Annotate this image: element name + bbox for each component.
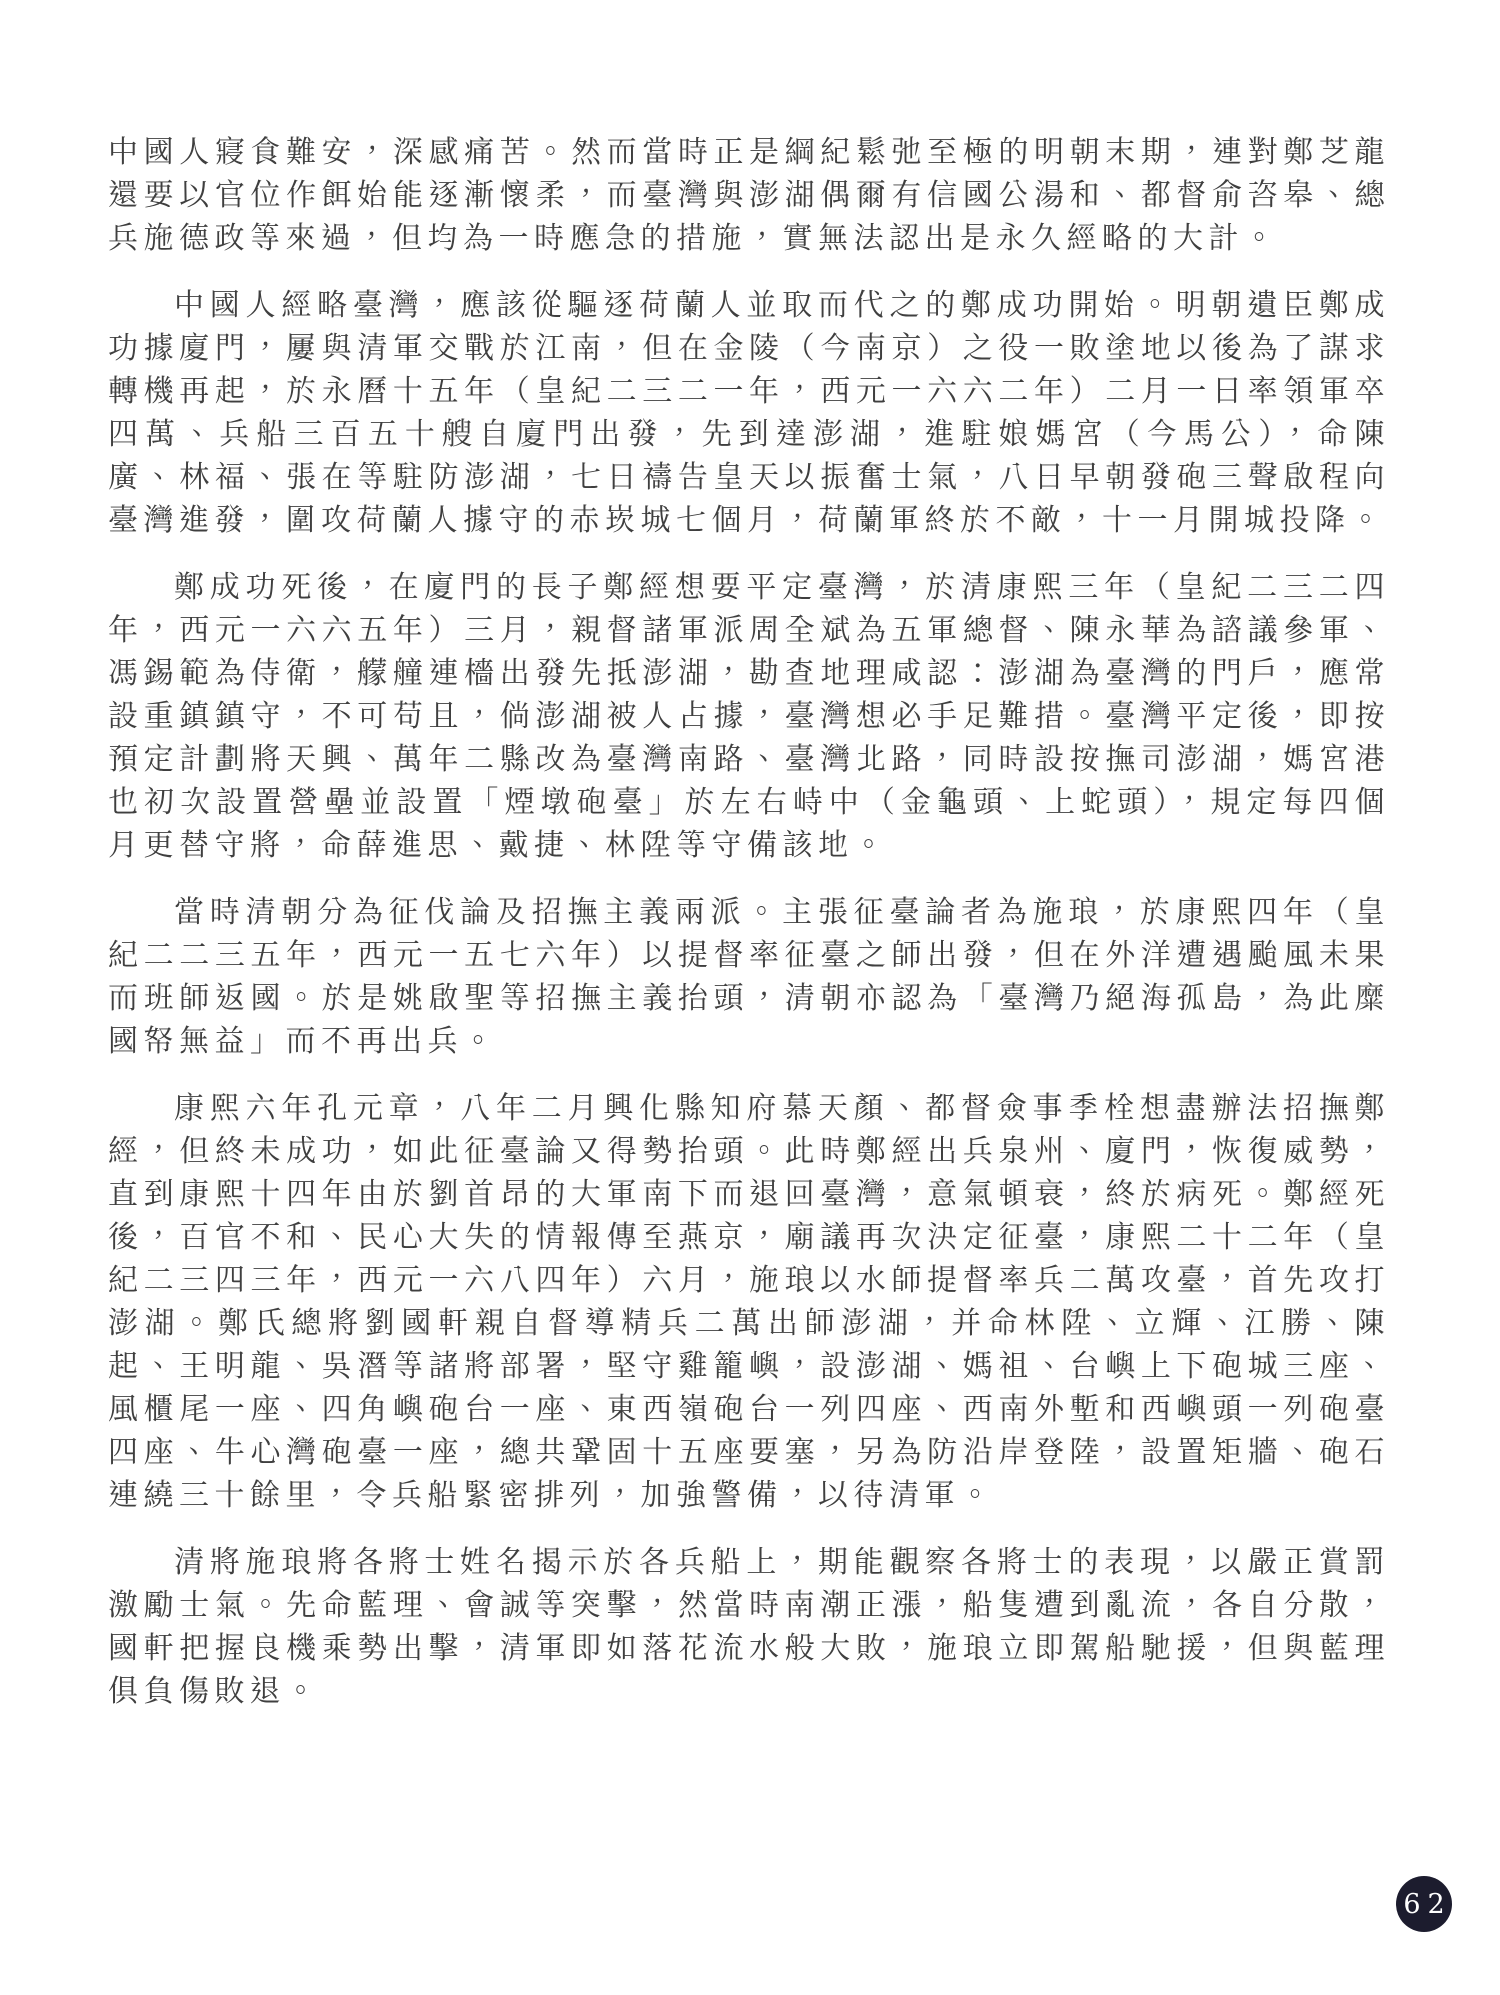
text-line: 紀二二三五年，西元一五七六年）以提督率征臺之師出發，但在外洋遭遇颱風未果 xyxy=(108,934,1390,977)
text-line: 四座、牛心灣砲臺一座，總共鞏固十五座要塞，另為防沿岸登陸，設置矩牆、砲石 xyxy=(108,1431,1390,1474)
text-line: 康熙六年孔元章，八年二月興化縣知府慕天顏、都督僉事季栓想盡辦法招撫鄭 xyxy=(108,1087,1390,1130)
text-line: 當時清朝分為征伐論及招撫主義兩派。主張征臺論者為施琅，於康熙四年（皇 xyxy=(108,891,1390,934)
text-line: 直到康熙十四年由於劉首昂的大軍南下而退回臺灣，意氣頓衰，終於病死。鄭經死 xyxy=(108,1173,1390,1216)
paragraph: 中國人經略臺灣，應該從驅逐荷蘭人並取而代之的鄭成功開始。明朝遺臣鄭成功據廈門，屢… xyxy=(108,284,1390,542)
text-line: 經，但終未成功，如此征臺論又得勢抬頭。此時鄭經出兵泉州、廈門，恢復威勢， xyxy=(108,1130,1390,1173)
text-line: 設重鎮鎮守，不可苟且，倘澎湖被人占據，臺灣想必手足難措。臺灣平定後，即按 xyxy=(108,695,1390,738)
text-line: 澎湖。鄭氏總將劉國軒親自督導精兵二萬出師澎湖，并命林陞、立輝、江勝、陳 xyxy=(108,1302,1390,1345)
text-line: 風櫃尾一座、四角嶼砲台一座、東西嶺砲台一列四座、西南外塹和西嶼頭一列砲臺 xyxy=(108,1388,1390,1431)
text-line: 清將施琅將各將士姓名揭示於各兵船上，期能觀察各將士的表現，以嚴正賞罰 xyxy=(108,1541,1390,1584)
paragraph: 中國人寢食難安，深感痛苦。然而當時正是綱紀鬆弛至極的明朝末期，連對鄭芝龍還要以官… xyxy=(108,131,1390,260)
paragraph: 康熙六年孔元章，八年二月興化縣知府慕天顏、都督僉事季栓想盡辦法招撫鄭經，但終未成… xyxy=(108,1087,1390,1517)
text-line: 也初次設置營壘並設置「煙墩砲臺」於左右峙中（金龜頭、上蛇頭），規定每四個 xyxy=(108,781,1390,824)
text-line: 後，百官不和、民心大失的情報傳至燕京，廟議再次決定征臺，康熙二十二年（皇 xyxy=(108,1216,1390,1259)
text-line: 俱負傷敗退。 xyxy=(108,1670,1390,1713)
document-body: 中國人寢食難安，深感痛苦。然而當時正是綱紀鬆弛至極的明朝末期，連對鄭芝龍還要以官… xyxy=(108,131,1390,1737)
text-line: 起、王明龍、吳潛等諸將部署，堅守雞籠嶼，設澎湖、媽祖、台嶼上下砲城三座、 xyxy=(108,1345,1390,1388)
text-line: 中國人經略臺灣，應該從驅逐荷蘭人並取而代之的鄭成功開始。明朝遺臣鄭成 xyxy=(108,284,1390,327)
text-line: 連繞三十餘里，令兵船緊密排列，加強警備，以待清軍。 xyxy=(108,1474,1390,1517)
text-line: 功據廈門，屢與清軍交戰於江南，但在金陵（今南京）之役一敗塗地以後為了謀求 xyxy=(108,327,1390,370)
text-line: 還要以官位作餌始能逐漸懷柔，而臺灣與澎湖偶爾有信國公湯和、都督俞咨皋、總 xyxy=(108,174,1390,217)
text-line: 轉機再起，於永曆十五年（皇紀二三二一年，西元一六六二年）二月一日率領軍卒 xyxy=(108,370,1390,413)
text-line: 鄭成功死後，在廈門的長子鄭經想要平定臺灣，於清康熙三年（皇紀二三二四 xyxy=(108,566,1390,609)
text-line: 廣、林福、張在等駐防澎湖，七日禱告皇天以振奮士氣，八日早朝發砲三聲啟程向 xyxy=(108,456,1390,499)
paragraph: 鄭成功死後，在廈門的長子鄭經想要平定臺灣，於清康熙三年（皇紀二三二四年，西元一六… xyxy=(108,566,1390,867)
text-line: 中國人寢食難安，深感痛苦。然而當時正是綱紀鬆弛至極的明朝末期，連對鄭芝龍 xyxy=(108,131,1390,174)
text-line: 年，西元一六六五年）三月，親督諸軍派周全斌為五軍總督、陳永華為諮議參軍、 xyxy=(108,609,1390,652)
paragraph: 清將施琅將各將士姓名揭示於各兵船上，期能觀察各將士的表現，以嚴正賞罰激勵士氣。先… xyxy=(108,1541,1390,1713)
page-number-badge: 62 xyxy=(1396,1876,1452,1932)
text-line: 兵施德政等來過，但均為一時應急的措施，實無法認出是永久經略的大計。 xyxy=(108,217,1390,260)
text-line: 紀二三四三年，西元一六八四年）六月，施琅以水師提督率兵二萬攻臺，首先攻打 xyxy=(108,1259,1390,1302)
text-line: 預定計劃將天興、萬年二縣改為臺灣南路、臺灣北路，同時設按撫司澎湖，媽宮港 xyxy=(108,738,1390,781)
page-number: 62 xyxy=(1403,1889,1451,1920)
text-line: 馮錫範為侍衛，艨艟連檣出發先抵澎湖，勘查地理咸認：澎湖為臺灣的門戶，應常 xyxy=(108,652,1390,695)
document-page: 中國人寢食難安，深感痛苦。然而當時正是綱紀鬆弛至極的明朝末期，連對鄭芝龍還要以官… xyxy=(0,0,1500,1995)
text-line: 四萬、兵船三百五十艘自廈門出發，先到達澎湖，進駐娘媽宮（今馬公），命陳 xyxy=(108,413,1390,456)
text-line: 而班師返國。於是姚啟聖等招撫主義抬頭，清朝亦認為「臺灣乃絕海孤島，為此糜 xyxy=(108,977,1390,1020)
text-line: 激勵士氣。先命藍理、會誠等突擊，然當時南潮正漲，船隻遭到亂流，各自分散， xyxy=(108,1584,1390,1627)
paragraph: 當時清朝分為征伐論及招撫主義兩派。主張征臺論者為施琅，於康熙四年（皇紀二二三五年… xyxy=(108,891,1390,1063)
text-line: 國帑無益」而不再出兵。 xyxy=(108,1020,1390,1063)
text-line: 臺灣進發，圍攻荷蘭人據守的赤崁城七個月，荷蘭軍終於不敵，十一月開城投降。 xyxy=(108,499,1390,542)
text-line: 國軒把握良機乘勢出擊，清軍即如落花流水般大敗，施琅立即駕船馳援，但與藍理 xyxy=(108,1627,1390,1670)
text-line: 月更替守將，命薛進思、戴捷、林陞等守備該地。 xyxy=(108,824,1390,867)
